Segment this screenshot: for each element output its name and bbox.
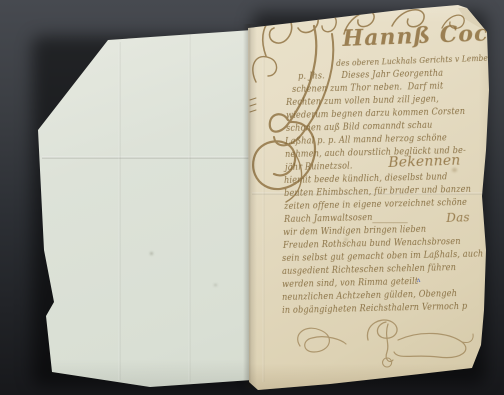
right-page-vertical-crease xyxy=(262,30,265,382)
text-line: neunzlichen Achtzehen gülden, Obengeh xyxy=(282,289,457,303)
text-line: jähr Ruinetzsol. xyxy=(285,161,353,173)
text-line: schonen auß Bild comanndt schau xyxy=(286,121,433,134)
text-line: schenen zum Thor neben. Darf mit xyxy=(292,82,444,95)
text-line: zeiten offene in eigene vorzeichnet schö… xyxy=(284,198,467,212)
document-heading: Hannß Cochß xyxy=(342,19,504,52)
left-page-horizontal-crease xyxy=(42,156,250,159)
text-line: ausgedient Richteschen schehlen führen xyxy=(282,263,456,277)
text-line: Rauch Jamwaltsosen xyxy=(284,213,373,225)
left-page-vertical-crease xyxy=(118,42,121,380)
blue-ink-mark: ʌ xyxy=(417,277,421,284)
text-line: hiemit beede kündlich, dieselbst bund xyxy=(284,172,448,186)
text-line: in obgängigheten Reichsthalern Vermoch p xyxy=(282,302,467,316)
left-page-vertical-crease-2 xyxy=(188,34,191,382)
bekennen-word: Bekennen xyxy=(388,152,461,171)
text-line: sein selbst gut gemacht oben im Laßhals,… xyxy=(282,249,483,264)
text-line: wiederum begnen darzu kommen Corsten xyxy=(286,107,465,121)
text-line: beuten Ehimbschen, für bruder und banzen xyxy=(284,185,471,199)
das-word: Das xyxy=(446,210,470,225)
text-line: Laßhal p. p. All mannd herzog schöne xyxy=(285,133,447,147)
paper-speck xyxy=(150,252,153,255)
paper-speck xyxy=(214,284,217,286)
text-line: werden sind, von Rimma geteilt xyxy=(282,277,418,290)
signature-paraph-flourish xyxy=(290,314,476,374)
document-subheading: des oberen Luckhals Gerichts v Lembera xyxy=(336,52,496,68)
text-line: wir dem Windigen bringen lieben xyxy=(283,225,426,238)
text-line: Rechten zum vollen bund zill jegen, xyxy=(286,95,439,108)
photo-background: Hannß Cochß des oberen Luckhals Gerichts… xyxy=(0,0,504,395)
text-line: Freuden Rothschau bund Wenachsbrosen xyxy=(283,237,461,251)
text-line: p. Jhs. Dieses Jahr Georgentha xyxy=(298,69,443,82)
